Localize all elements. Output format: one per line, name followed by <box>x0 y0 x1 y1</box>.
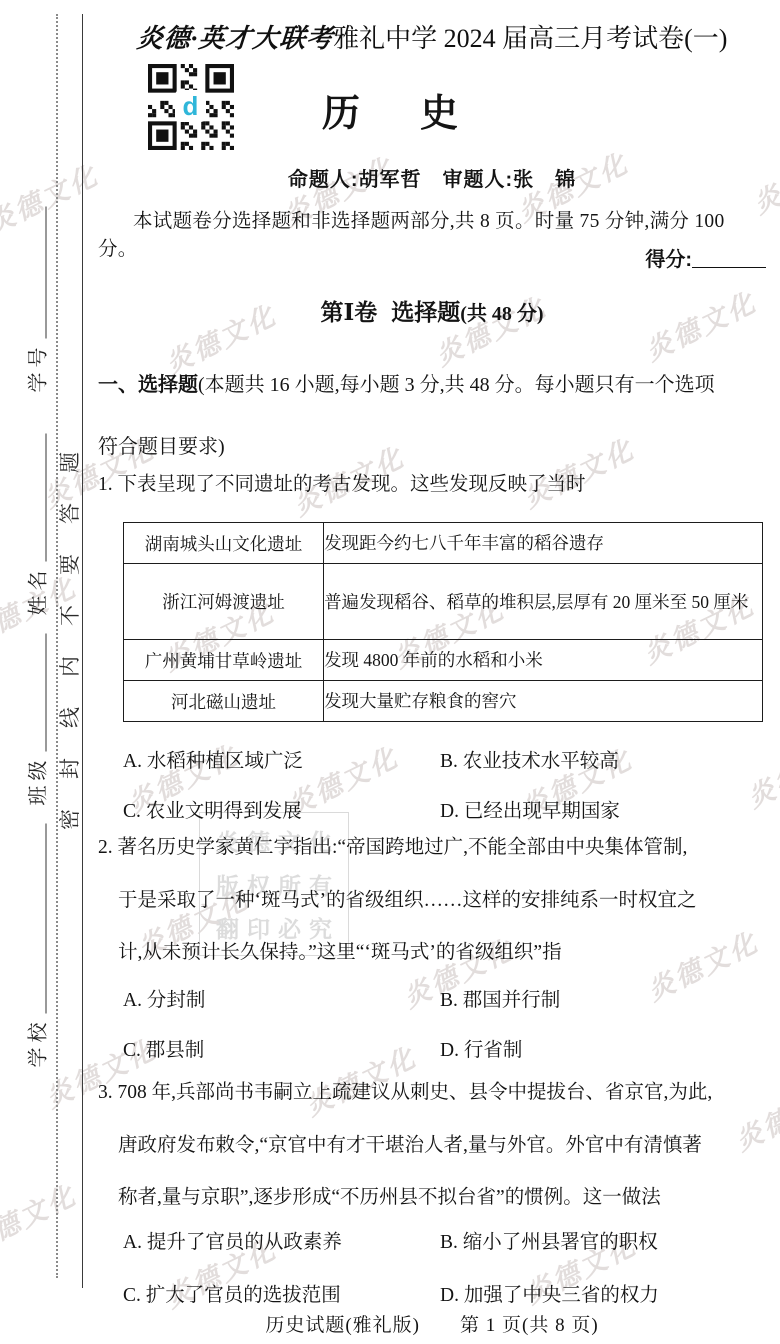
question-line: 于是采取了一种‘斑马式’的省级组织……这样的安排纯系一时权宜之 <box>98 875 766 928</box>
choice-intro-label: 一、选择题 <box>98 374 198 396</box>
field-school: 学校 <box>22 826 51 1068</box>
option-b: B. 缩小了州县署官的职权 <box>440 1226 766 1279</box>
section-title: 第Ⅰ卷选择题(共 48 分) <box>98 294 766 327</box>
qr-logo: d <box>175 90 206 122</box>
option-key: B. <box>440 1232 458 1253</box>
question-line: 3. 708 年,兵部尚书韦嗣立上疏建议从刺史、县令中提拔台、省京官,为此, <box>98 1067 766 1120</box>
question-line: 计,从未预计长久保持。”这里“‘斑马式’的省级组织”指 <box>98 927 766 980</box>
table-row: 河北磁山遗址 发现大量贮存粮食的窖穴 <box>124 681 763 722</box>
choice-intro-line1: 一、选择题(本题共 16 小题,每小题 3 分,共 48 分。每小题只有一个选项 <box>98 368 766 397</box>
option-key: C. <box>123 1285 141 1306</box>
exam-page: 炎德文化 炎德文化 炎德文化 炎德文化 炎德文化 炎德文化 炎德文化 炎德文化 … <box>0 0 780 1344</box>
option-key: A. <box>123 990 142 1011</box>
field-school-label: 学校 <box>28 1018 50 1068</box>
option-text: 农业技术水平较高 <box>463 751 619 772</box>
choice-intro-rest: (本题共 16 小题,每小题 3 分,共 48 分。每小题只有一个选项 <box>198 374 715 396</box>
option-key: C. <box>123 1040 141 1061</box>
score-line: 得分: <box>98 243 766 272</box>
field-class: 班级 <box>22 636 51 806</box>
option-text: 已经出现早期国家 <box>464 801 620 822</box>
brand-name: 炎德·英才大联考 <box>135 18 334 55</box>
table-cell-find: 普遍发现稻谷、稻草的堆积层,层厚有 20 厘米至 50 厘米 <box>324 564 763 640</box>
option-key: B. <box>440 990 458 1011</box>
option-key: D. <box>440 1040 459 1061</box>
option-a: A. 分封制 <box>123 984 440 1034</box>
subject-char-right: 史 <box>420 93 458 135</box>
option-text: 郡国并行制 <box>463 990 561 1011</box>
option-a: A. 水稻种植区域广泛 <box>123 745 440 795</box>
watermark-tile: 炎德文化 <box>0 1174 82 1262</box>
section-score: (共 48 分) <box>460 303 543 325</box>
option-text: 农业文明得到发展 <box>146 801 302 822</box>
option-text: 加强了中央三省的权力 <box>464 1285 659 1306</box>
subject-char-left: 历 <box>322 93 360 135</box>
option-text: 郡县制 <box>146 1040 205 1061</box>
question-3: 3. 708 年,兵部尚书韦嗣立上疏建议从刺史、县令中提拔台、省京官,为此, 唐… <box>98 1067 766 1225</box>
question-2: 2. 著名历史学家黄仁宇指出:“帝国跨地过广,不能全部由中央集体管制, 于是采取… <box>98 822 766 980</box>
score-blank <box>692 249 766 268</box>
seal-line-text: 密封线内不要答题 <box>54 416 84 836</box>
table-cell-site: 河北磁山遗址 <box>124 681 324 722</box>
field-school-blank <box>28 824 47 1014</box>
table-cell-find: 发现大量贮存粮食的窖穴 <box>324 681 763 722</box>
table-row: 浙江河姆渡遗址 普遍发现稻谷、稻草的堆积层,层厚有 20 厘米至 50 厘米 <box>124 564 763 640</box>
field-class-blank <box>28 634 47 752</box>
question-line: 2. 著名历史学家黄仁宇指出:“帝国跨地过广,不能全部由中央集体管制, <box>98 822 766 875</box>
setters-line: 命题人:胡军哲 审题人:张 锦 <box>98 163 766 192</box>
page-footer: 历史试题(雅礼版) 第 1 页(共 8 页) <box>98 1310 766 1337</box>
option-a: A. 提升了官员的从政素养 <box>123 1226 440 1279</box>
field-name-blank <box>28 434 47 562</box>
option-key: D. <box>440 1285 459 1306</box>
option-b: B. 郡国并行制 <box>440 984 766 1034</box>
option-key: A. <box>123 1232 142 1253</box>
option-text: 水稻种植区域广泛 <box>147 751 303 772</box>
question-line: 唐政府发布敕令,“京官中有才干堪治人者,量与外官。外官中有清慎著 <box>98 1120 766 1173</box>
choice-intro-line2: 符合题目要求) <box>98 430 766 459</box>
question-1-stem: 1. 下表呈现了不同遗址的考古发现。这些发现反映了当时 <box>98 468 766 496</box>
question-1-table: 湖南城头山文化遗址 发现距今约七八千年丰富的稻谷遗存 浙江河姆渡遗址 普遍发现稻… <box>123 522 763 722</box>
option-text: 缩小了州县署官的职权 <box>463 1232 658 1253</box>
field-student-id-label: 学号 <box>28 343 50 393</box>
field-student-id: 学号 <box>22 209 51 393</box>
section-type: 选择题 <box>391 299 460 325</box>
table-cell-site: 浙江河姆渡遗址 <box>124 564 324 640</box>
option-text: 提升了官员的从政素养 <box>147 1232 342 1253</box>
field-name-label: 姓名 <box>28 566 50 616</box>
table-cell-find: 发现距今约七八千年丰富的稻谷遗存 <box>324 523 763 564</box>
qr-logo-letter: d <box>183 91 199 122</box>
field-class-label: 班级 <box>28 756 50 806</box>
table-row: 湖南城头山文化遗址 发现距今约七八千年丰富的稻谷遗存 <box>124 523 763 564</box>
exam-title: 雅礼中学 2024 届高三月考试卷(一) <box>333 24 727 53</box>
table-cell-find: 发现 4800 年前的水稻和小米 <box>324 640 763 681</box>
main-content: 炎德·英才大联考雅礼中学 2024 届高三月考试卷(一) d 历史 命题人:胡军… <box>98 0 766 1344</box>
option-text: 行省制 <box>464 1040 523 1061</box>
table-cell-site: 湖南城头山文化遗址 <box>124 523 324 564</box>
field-student-id-blank <box>28 207 47 339</box>
section-volume: 第Ⅰ卷 <box>320 300 377 325</box>
score-label: 得分: <box>645 249 692 271</box>
watermark-tile: 炎德文化 <box>0 154 104 242</box>
option-key: B. <box>440 751 458 772</box>
table-cell-site: 广州黄埔甘草岭遗址 <box>124 640 324 681</box>
exam-header-line: 炎德·英才大联考雅礼中学 2024 届高三月考试卷(一) <box>98 18 766 55</box>
option-text: 分封制 <box>147 990 206 1011</box>
qr-code: d <box>148 64 234 150</box>
field-name: 姓名 <box>22 436 51 616</box>
question-line: 称者,量与京职”,逐步形成“不历州县不拟台省”的惯例。这一做法 <box>98 1172 766 1225</box>
table-row: 广州黄埔甘草岭遗址 发现 4800 年前的水稻和小米 <box>124 640 763 681</box>
option-b: B. 农业技术水平较高 <box>440 745 766 795</box>
option-text: 扩大了官员的选拔范围 <box>146 1285 341 1306</box>
option-key: C. <box>123 801 141 822</box>
option-key: D. <box>440 801 459 822</box>
option-key: A. <box>123 751 142 772</box>
